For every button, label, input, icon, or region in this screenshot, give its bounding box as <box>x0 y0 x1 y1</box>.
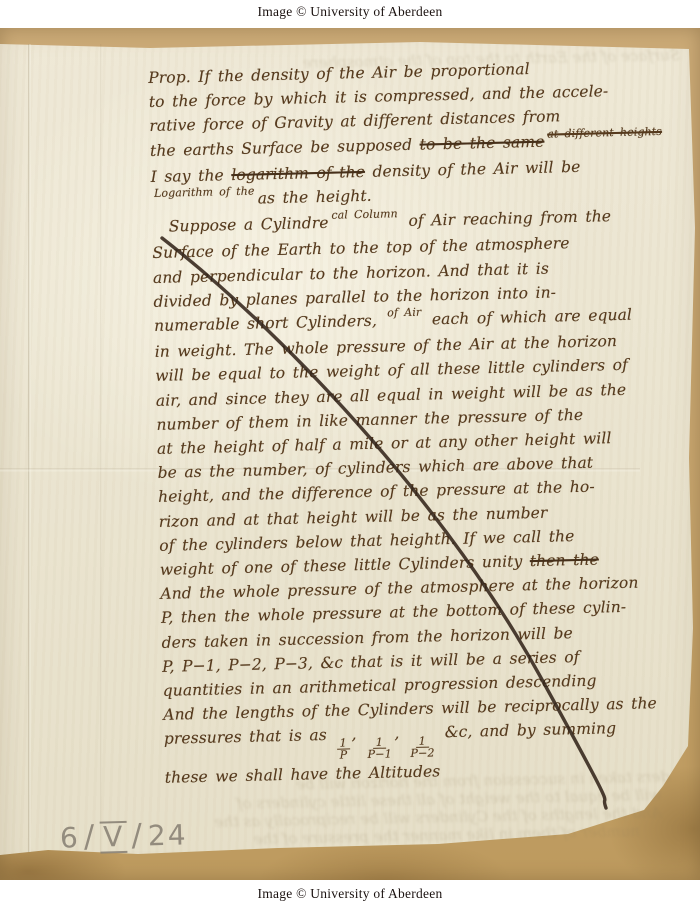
text-segment-strike: to be the same <box>419 132 544 153</box>
text-segment-insert-above: of Air <box>387 301 422 326</box>
text-segment: Suppose a Cylindre <box>169 214 329 236</box>
text-segment-insert-above: Logarithm of the <box>154 180 255 207</box>
text-segment: each of which are equal <box>424 306 632 329</box>
text-segment: , <box>394 725 407 743</box>
text-segment-strike: then the <box>530 551 599 571</box>
caption-bottom: Image © University of Aberdeen <box>0 886 700 902</box>
caption-top: Image © University of Aberdeen <box>0 4 700 20</box>
text-segment: density of the Air will be <box>365 158 581 181</box>
manuscript-photo: Surface of the Earth to the top of the a… <box>0 28 700 880</box>
text-segment: these we shall have the Altitudes <box>165 762 441 786</box>
text-segment: of Air reaching from the <box>401 207 612 230</box>
shelfmark-pencil: 6/V/24 <box>60 816 188 855</box>
fraction: 1P−2 <box>409 735 436 760</box>
text-segment: , <box>351 726 364 744</box>
fraction-denominator: P−1 <box>366 749 393 761</box>
page: Image © University of Aberdeen Surface o… <box>0 0 700 910</box>
text-segment-insert-above: cal Column <box>331 202 398 228</box>
text-segment: numerable short Cylinders, <box>154 312 385 335</box>
text-segment: the earths Surface be supposed <box>150 135 420 159</box>
text-segment: &c, and by summing <box>437 720 616 742</box>
text-segment-insert-above: at different heights <box>547 120 662 147</box>
shelfmark-separator: / <box>83 819 96 855</box>
shelfmark-volume: V <box>100 821 128 854</box>
shelfmark-page: 24 <box>147 818 187 852</box>
fraction: 1P−1 <box>366 736 393 761</box>
shelfmark-separator: / <box>131 817 144 853</box>
manuscript-text: Prop. If the density of the Air be propo… <box>148 53 700 790</box>
fraction-denominator: P <box>338 750 348 762</box>
text-segment: pressures that is as <box>164 726 335 748</box>
fraction: 1P <box>336 737 350 762</box>
fraction-denominator: P−2 <box>409 748 436 760</box>
shelfmark-number: 6 <box>60 821 81 855</box>
